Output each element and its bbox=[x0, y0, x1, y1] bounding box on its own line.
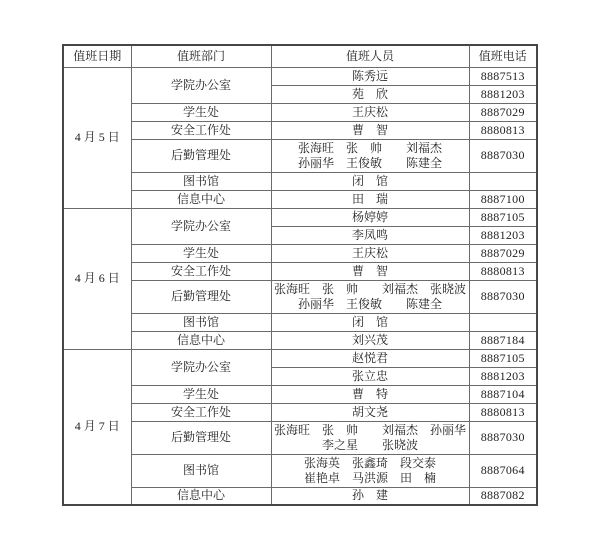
phone-cell: 8887513 bbox=[469, 67, 537, 85]
header-duty-department: 值班部门 bbox=[131, 45, 271, 67]
phone-cell: 8887104 bbox=[469, 385, 537, 403]
person-cell: 陈秀远 bbox=[271, 67, 469, 85]
table-row: 学生处 曹 特 8887104 bbox=[63, 385, 537, 403]
table-row: 后勤管理处 张海旺 张 帅 刘福杰 张晓波 孙丽华 王俊敏 陈建全 888703… bbox=[63, 280, 537, 313]
person-cell: 张海旺 张 帅 刘福杰 张晓波 孙丽华 王俊敏 陈建全 bbox=[271, 280, 469, 313]
dept-cell: 学院办公室 bbox=[131, 67, 271, 103]
dept-cell: 后勤管理处 bbox=[131, 421, 271, 454]
dept-cell: 学生处 bbox=[131, 244, 271, 262]
phone-cell: 8881203 bbox=[469, 226, 537, 244]
table-row: 4 月 5 日 学院办公室 陈秀远 8887513 bbox=[63, 67, 537, 85]
table-row: 安全工作处 曹 智 8880813 bbox=[63, 262, 537, 280]
person-cell: 王庆松 bbox=[271, 244, 469, 262]
person-cell-library-closed: 闭 馆 bbox=[271, 172, 469, 190]
person-cell: 李凤鸣 bbox=[271, 226, 469, 244]
phone-cell: 8887082 bbox=[469, 487, 537, 505]
person-cell: 张海英 张鑫琦 段交泰 崔艳卓 马洪源 田 楠 bbox=[271, 454, 469, 487]
table-row: 图书馆 闭 馆 bbox=[63, 313, 537, 331]
phone-cell: 8887030 bbox=[469, 280, 537, 313]
person-cell: 苑 欣 bbox=[271, 85, 469, 103]
table-row: 后勤管理处 张海旺 张 帅 刘福杰 孙丽华 李之星 张晓波 8887030 bbox=[63, 421, 537, 454]
person-line: 孙丽华 王俊敏 陈建全 bbox=[272, 156, 469, 171]
dept-cell: 后勤管理处 bbox=[131, 280, 271, 313]
person-line: 张海旺 张 帅 刘福杰 bbox=[272, 141, 469, 156]
dept-cell: 学生处 bbox=[131, 103, 271, 121]
dept-cell: 后勤管理处 bbox=[131, 139, 271, 172]
person-cell: 赵悦君 bbox=[271, 349, 469, 367]
person-cell: 孙 建 bbox=[271, 487, 469, 505]
table-row: 4 月 7 日 学院办公室 赵悦君 8887105 bbox=[63, 349, 537, 367]
dept-cell: 信息中心 bbox=[131, 331, 271, 349]
person-cell: 曹 智 bbox=[271, 121, 469, 139]
phone-cell bbox=[469, 172, 537, 190]
dept-cell: 信息中心 bbox=[131, 190, 271, 208]
table-row: 学生处 王庆松 8887029 bbox=[63, 244, 537, 262]
dept-cell: 学院办公室 bbox=[131, 349, 271, 385]
date-cell-apr7: 4 月 7 日 bbox=[63, 349, 131, 505]
phone-cell: 8887184 bbox=[469, 331, 537, 349]
phone-cell: 8887030 bbox=[469, 421, 537, 454]
person-cell: 曹 特 bbox=[271, 385, 469, 403]
dept-cell: 图书馆 bbox=[131, 313, 271, 331]
table-row: 图书馆 闭 馆 bbox=[63, 172, 537, 190]
header-duty-phone: 值班电话 bbox=[469, 45, 537, 67]
phone-cell: 8887100 bbox=[469, 190, 537, 208]
person-line: 孙丽华 王俊敏 陈建全 bbox=[272, 297, 469, 312]
table-row: 图书馆 张海英 张鑫琦 段交泰 崔艳卓 马洪源 田 楠 8887064 bbox=[63, 454, 537, 487]
phone-cell: 8887105 bbox=[469, 208, 537, 226]
phone-cell: 8887030 bbox=[469, 139, 537, 172]
phone-cell: 8880813 bbox=[469, 121, 537, 139]
person-cell: 张海旺 张 帅 刘福杰 孙丽华 李之星 张晓波 bbox=[271, 421, 469, 454]
person-cell: 张海旺 张 帅 刘福杰 孙丽华 王俊敏 陈建全 bbox=[271, 139, 469, 172]
phone-cell bbox=[469, 313, 537, 331]
dept-cell: 信息中心 bbox=[131, 487, 271, 505]
dept-cell: 学生处 bbox=[131, 385, 271, 403]
date-cell-apr5: 4 月 5 日 bbox=[63, 67, 131, 208]
dept-cell: 学院办公室 bbox=[131, 208, 271, 244]
dept-cell: 图书馆 bbox=[131, 172, 271, 190]
phone-cell: 8881203 bbox=[469, 367, 537, 385]
person-cell: 胡文尧 bbox=[271, 403, 469, 421]
person-line: 崔艳卓 马洪源 田 楠 bbox=[272, 471, 469, 486]
duty-roster-table: 值班日期 值班部门 值班人员 值班电话 4 月 5 日 学院办公室 陈秀远 88… bbox=[62, 44, 538, 506]
date-cell-apr6: 4 月 6 日 bbox=[63, 208, 131, 349]
person-cell: 王庆松 bbox=[271, 103, 469, 121]
person-line: 张海旺 张 帅 刘福杰 孙丽华 bbox=[272, 423, 469, 438]
person-cell: 张立忠 bbox=[271, 367, 469, 385]
dept-cell: 安全工作处 bbox=[131, 403, 271, 421]
table-row: 4 月 6 日 学院办公室 杨婷婷 8887105 bbox=[63, 208, 537, 226]
header-row: 值班日期 值班部门 值班人员 值班电话 bbox=[63, 45, 537, 67]
phone-cell: 8887029 bbox=[469, 103, 537, 121]
person-cell: 田 瑞 bbox=[271, 190, 469, 208]
table-row: 安全工作处 曹 智 8880813 bbox=[63, 121, 537, 139]
table-row: 信息中心 孙 建 8887082 bbox=[63, 487, 537, 505]
person-line: 张海旺 张 帅 刘福杰 张晓波 bbox=[272, 282, 469, 297]
phone-cell: 8887105 bbox=[469, 349, 537, 367]
table-row: 安全工作处 胡文尧 8880813 bbox=[63, 403, 537, 421]
header-duty-date: 值班日期 bbox=[63, 45, 131, 67]
person-cell: 曹 智 bbox=[271, 262, 469, 280]
person-line: 张海英 张鑫琦 段交泰 bbox=[272, 456, 469, 471]
phone-cell: 8887064 bbox=[469, 454, 537, 487]
person-cell: 杨婷婷 bbox=[271, 208, 469, 226]
table-row: 信息中心 刘兴茂 8887184 bbox=[63, 331, 537, 349]
phone-cell: 8887029 bbox=[469, 244, 537, 262]
phone-cell: 8880813 bbox=[469, 262, 537, 280]
page: { "colors": { "background": "#ffffff", "… bbox=[0, 0, 600, 547]
person-cell-library-closed: 闭 馆 bbox=[271, 313, 469, 331]
header-duty-personnel: 值班人员 bbox=[271, 45, 469, 67]
dept-cell: 安全工作处 bbox=[131, 121, 271, 139]
table-row: 后勤管理处 张海旺 张 帅 刘福杰 孙丽华 王俊敏 陈建全 8887030 bbox=[63, 139, 537, 172]
dept-cell: 图书馆 bbox=[131, 454, 271, 487]
dept-cell: 安全工作处 bbox=[131, 262, 271, 280]
phone-cell: 8881203 bbox=[469, 85, 537, 103]
person-cell: 刘兴茂 bbox=[271, 331, 469, 349]
table-row: 信息中心 田 瑞 8887100 bbox=[63, 190, 537, 208]
phone-cell: 8880813 bbox=[469, 403, 537, 421]
table-row: 学生处 王庆松 8887029 bbox=[63, 103, 537, 121]
person-line: 李之星 张晓波 bbox=[272, 438, 469, 453]
